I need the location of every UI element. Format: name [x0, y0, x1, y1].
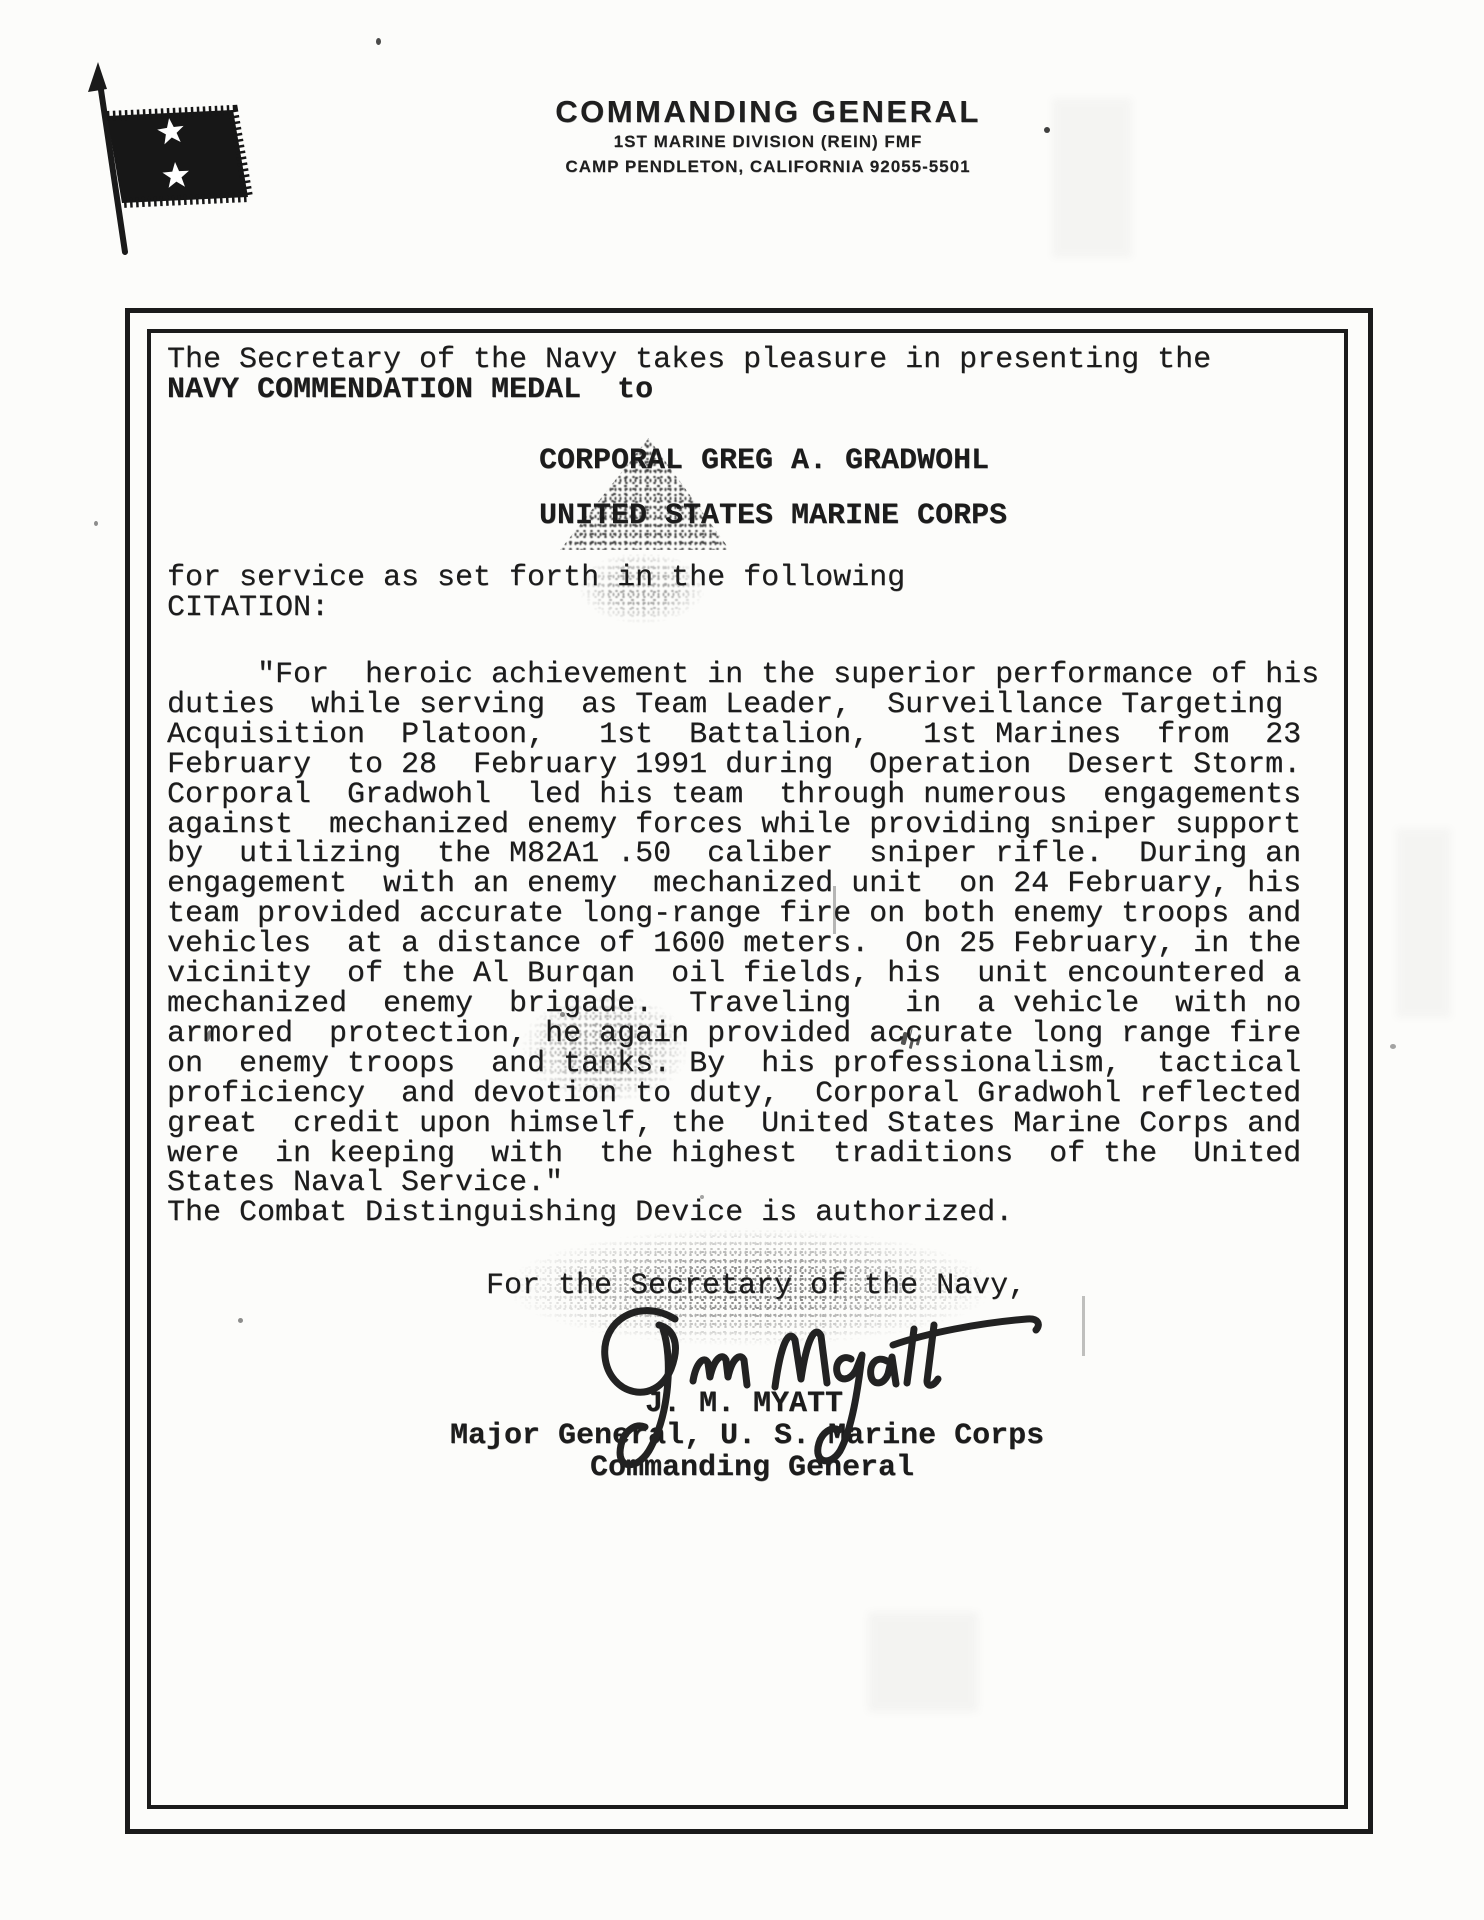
ink-speck: [376, 38, 381, 45]
service-line: for service as set forth in the followin…: [167, 564, 1338, 594]
ink-streak: [1082, 1296, 1085, 1356]
citation-body-line: Acquisition Platoon, 1st Battalion, 1st …: [167, 721, 1338, 751]
signature-role: Commanding General: [590, 1454, 1338, 1484]
service-branch: UNITED STATES MARINE CORPS: [539, 502, 1338, 532]
letterhead-division: 1ST MARINE DIVISION (REIN) FMF: [555, 130, 981, 155]
citation-body-line: States Naval Service.": [167, 1169, 1338, 1199]
citation-body-line: team provided accurate long-range fire o…: [167, 900, 1338, 930]
citation-text-column: The Secretary of the Navy takes pleasure…: [167, 333, 1338, 1805]
letterhead-title: COMMANDING GENERAL: [555, 94, 981, 130]
ink-speck: [1390, 1044, 1396, 1049]
citation-inner-border: The Secretary of the Navy takes pleasure…: [147, 329, 1348, 1809]
ink-speck: [244, 1116, 248, 1122]
scanned-citation-document: COMMANDING GENERAL 1ST MARINE DIVISION (…: [0, 0, 1484, 1920]
citation-body-line: February to 28 February 1991 during Oper…: [167, 751, 1338, 781]
ink-speck: [1044, 127, 1050, 133]
medal-name-line: NAVY COMMENDATION MEDAL to: [167, 376, 1338, 406]
ink-speck: [238, 1318, 243, 1323]
citation-body-line: Corporal Gradwohl led his team through n…: [167, 781, 1338, 811]
citation-body-line: proficiency and devotion to duty, Corpor…: [167, 1080, 1338, 1110]
two-star-general-flag-icon: [55, 50, 270, 285]
citation-label: CITATION:: [167, 594, 1338, 624]
presentation-intro: The Secretary of the Navy takes pleasure…: [167, 346, 1338, 406]
citation-body-line: mechanized enemy brigade. Traveling in a…: [167, 990, 1338, 1020]
citation-outer-border: The Secretary of the Navy takes pleasure…: [125, 308, 1373, 1834]
scan-shadow: [1396, 828, 1451, 1018]
service-statement: for service as set forth in the followin…: [167, 564, 1338, 624]
recipient-name: CORPORAL GREG A. GRADWOHL: [539, 447, 1338, 477]
citation-body-line: duties while serving as Team Leader, Sur…: [167, 691, 1338, 721]
citation-body: "For heroic achievement in the superior …: [167, 661, 1338, 1229]
letterhead: COMMANDING GENERAL 1ST MARINE DIVISION (…: [555, 94, 981, 179]
citation-body-line: "For heroic achievement in the superior …: [167, 661, 1338, 691]
scan-shadow: [1052, 98, 1132, 258]
ink-speck: [94, 521, 98, 526]
citation-body-line: were in keeping with the highest traditi…: [167, 1140, 1338, 1170]
citation-body-line: by utilizing the M82A1 .50 caliber snipe…: [167, 840, 1338, 870]
signature-title: Major General, U. S. Marine Corps: [450, 1422, 1338, 1452]
citation-body-line: vicinity of the Al Burqan oil fields, hi…: [167, 960, 1338, 990]
citation-body-line: on enemy troops and tanks. By his profes…: [167, 1050, 1338, 1080]
ink-speck: [700, 1195, 704, 1199]
letterhead-address: CAMP PENDLETON, CALIFORNIA 92055-5501: [555, 155, 981, 180]
intro-line: The Secretary of the Navy takes pleasure…: [167, 346, 1338, 376]
ink-speck: [560, 1012, 565, 1017]
citation-body-line: great credit upon himself, the United St…: [167, 1110, 1338, 1140]
citation-body-line: engagement with an enemy mechanized unit…: [167, 870, 1338, 900]
flag-arrowhead: [88, 62, 107, 92]
citation-body-line: vehicles at a distance of 1600 meters. O…: [167, 930, 1338, 960]
flag-body: [107, 110, 248, 203]
citation-body-line: armored protection, he again provided ac…: [167, 1020, 1338, 1050]
citation-body-line: The Combat Distinguishing Device is auth…: [167, 1199, 1338, 1229]
closing-line: For the Secretary of the Navy,: [486, 1272, 1338, 1302]
ink-streak: [833, 886, 836, 934]
signature-typed-name: J. M. MYATT: [645, 1390, 1338, 1420]
citation-body-line: against mechanized enemy forces while pr…: [167, 811, 1338, 841]
